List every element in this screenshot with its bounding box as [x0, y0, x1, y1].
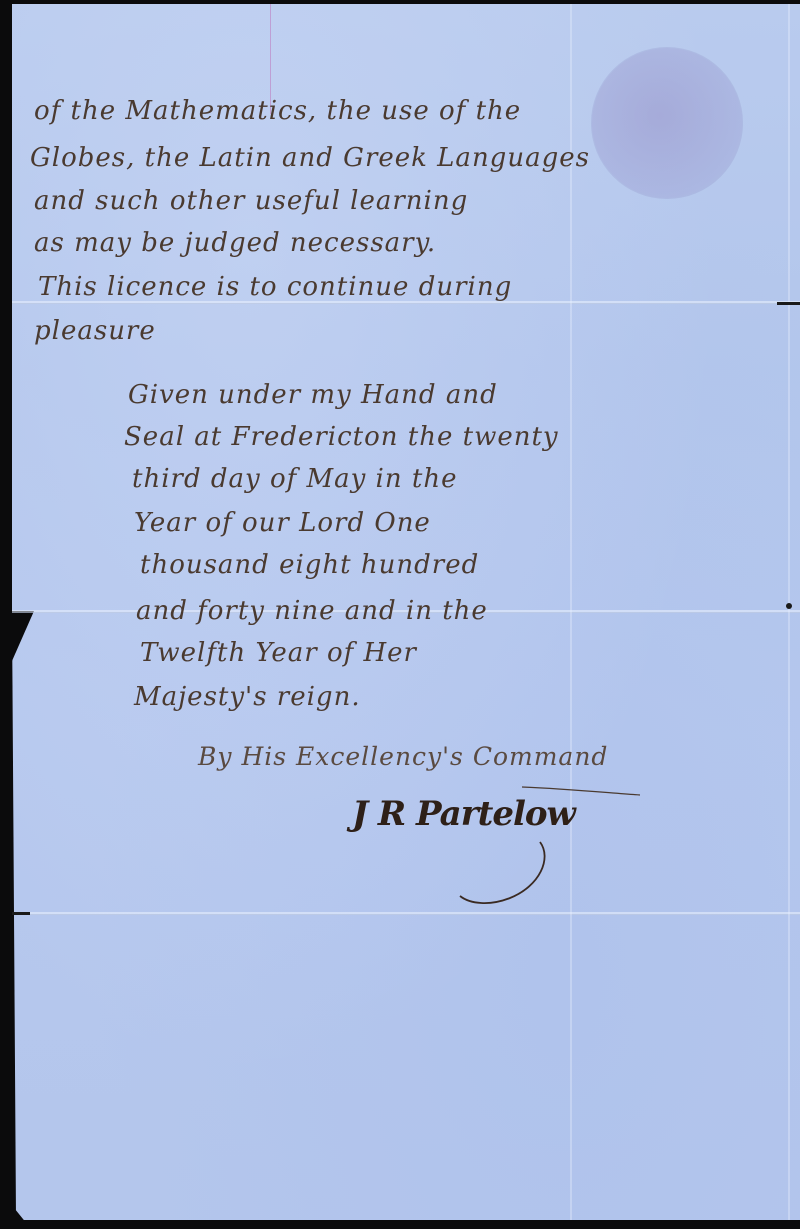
dating-line-7: Twelfth Year of Her: [140, 640, 417, 666]
body-line-4: as may be judged necessary.: [34, 230, 436, 256]
dating-line-8: Majesty's reign.: [134, 684, 361, 710]
signature: J R Partelow: [352, 794, 575, 834]
signature-flourish: [440, 838, 560, 918]
fold-line-lower: [12, 912, 800, 915]
body-line-1: of the Mathematics, the use of the: [34, 98, 521, 124]
body-line-5: This licence is to continue during: [38, 274, 512, 300]
edge-tick-mark: [777, 302, 800, 305]
body-line-3: and such other useful learning: [34, 188, 468, 214]
dating-line-4: Year of our Lord One: [134, 510, 431, 536]
fold-line-right-edge: [788, 4, 790, 1220]
dating-line-2: Seal at Fredericton the twenty: [124, 424, 559, 450]
dating-line-1: Given under my Hand and: [128, 382, 498, 408]
embossed-seal-stain: [592, 48, 742, 198]
body-line-2: Globes, the Latin and Greek Languages: [30, 145, 590, 171]
scanned-document: of the Mathematics, the use of the Globe…: [0, 0, 800, 1229]
edge-tick-mark: [12, 912, 30, 915]
attestation-line: By His Excellency's Command: [198, 744, 608, 769]
dating-line-6: and forty nine and in the: [136, 598, 488, 624]
dating-line-3: third day of May in the: [132, 466, 457, 492]
pin-hole-mark: [786, 603, 792, 609]
body-line-6: pleasure: [34, 318, 156, 344]
dating-line-5: thousand eight hundred: [140, 552, 479, 578]
fold-line-vertical: [570, 4, 572, 1220]
